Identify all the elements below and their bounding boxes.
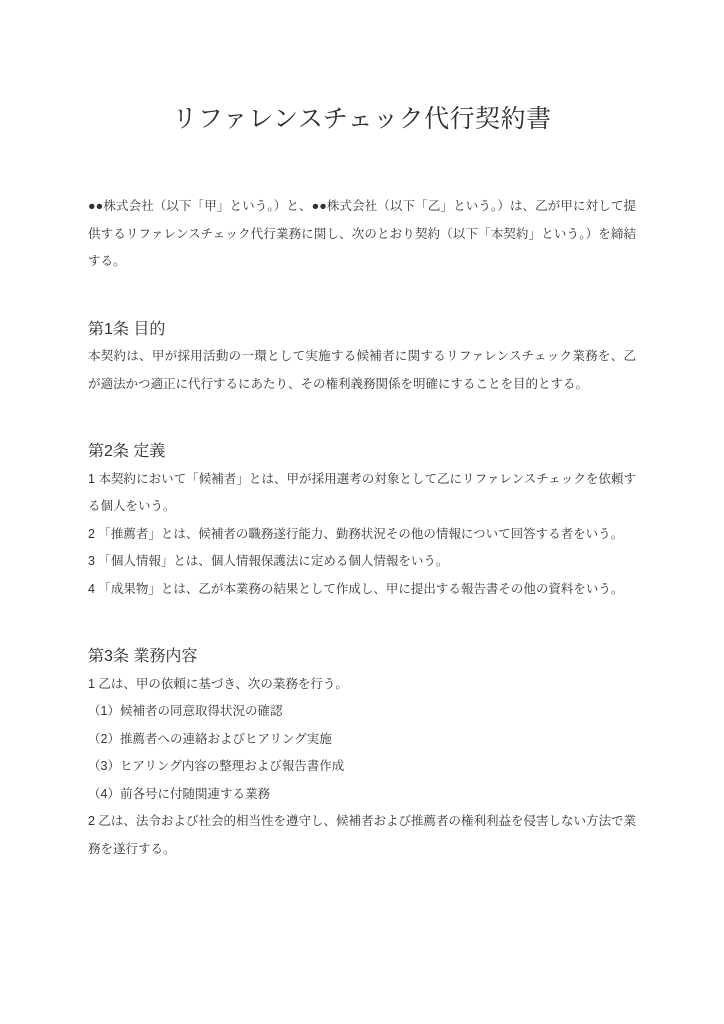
article-3-clause-2: 2 乙は、法令および社会的相当性を遵守し、候補者および推薦者の権利利益を侵害しな… bbox=[88, 808, 636, 863]
article-2-clause-1: 1 本契約において「候補者」とは、甲が採用選考の対象として乙にリファレンスチェッ… bbox=[88, 466, 636, 521]
article-3-list-item-4: （4）前各号に付随関連する業務 bbox=[88, 781, 636, 809]
article-2-clause-4: 4 「成果物」とは、乙が本業務の結果として作成し、甲に提出する報告書その他の資料… bbox=[88, 576, 636, 604]
article-2: 第2条 定義 1 本契約において「候補者」とは、甲が採用選考の対象として乙にリフ… bbox=[88, 438, 636, 603]
article-3: 第3条 業務内容 1 乙は、甲の依頼に基づき、次の業務を行う。 （1）候補者の同… bbox=[88, 643, 636, 863]
article-3-heading: 第3条 業務内容 bbox=[88, 643, 636, 671]
article-3-list-item-1: （1）候補者の同意取得状況の確認 bbox=[88, 698, 636, 726]
article-3-list-item-3: （3）ヒアリング内容の整理および報告書作成 bbox=[88, 753, 636, 781]
article-2-clause-2: 2 「推薦者」とは、候補者の職務遂行能力、勤務状況その他の情報について回答する者… bbox=[88, 521, 636, 549]
article-2-heading: 第2条 定義 bbox=[88, 438, 636, 466]
article-3-clause-1: 1 乙は、甲の依頼に基づき、次の業務を行う。 bbox=[88, 671, 636, 699]
document-title: リファレンスチェック代行契約書 bbox=[88, 0, 636, 135]
article-1-heading: 第1条 目的 bbox=[88, 316, 636, 344]
intro-paragraph: ●●株式会社（以下「甲」という。）と、●●株式会社（以下「乙」という。）は、乙が… bbox=[88, 193, 636, 276]
article-1-paragraph: 本契約は、甲が採用活動の一環として実施する候補者に関するリファレンスチェック業務… bbox=[88, 343, 636, 398]
article-2-clause-3: 3 「個人情報」とは、個人情報保護法に定める個人情報をいう。 bbox=[88, 548, 636, 576]
article-3-list-item-2: （2）推薦者への連絡およびヒアリング実施 bbox=[88, 726, 636, 754]
article-1: 第1条 目的 本契約は、甲が採用活動の一環として実施する候補者に関するリファレン… bbox=[88, 316, 636, 399]
document-page: リファレンスチェック代行契約書 ●●株式会社（以下「甲」という。）と、●●株式会… bbox=[0, 0, 724, 1024]
